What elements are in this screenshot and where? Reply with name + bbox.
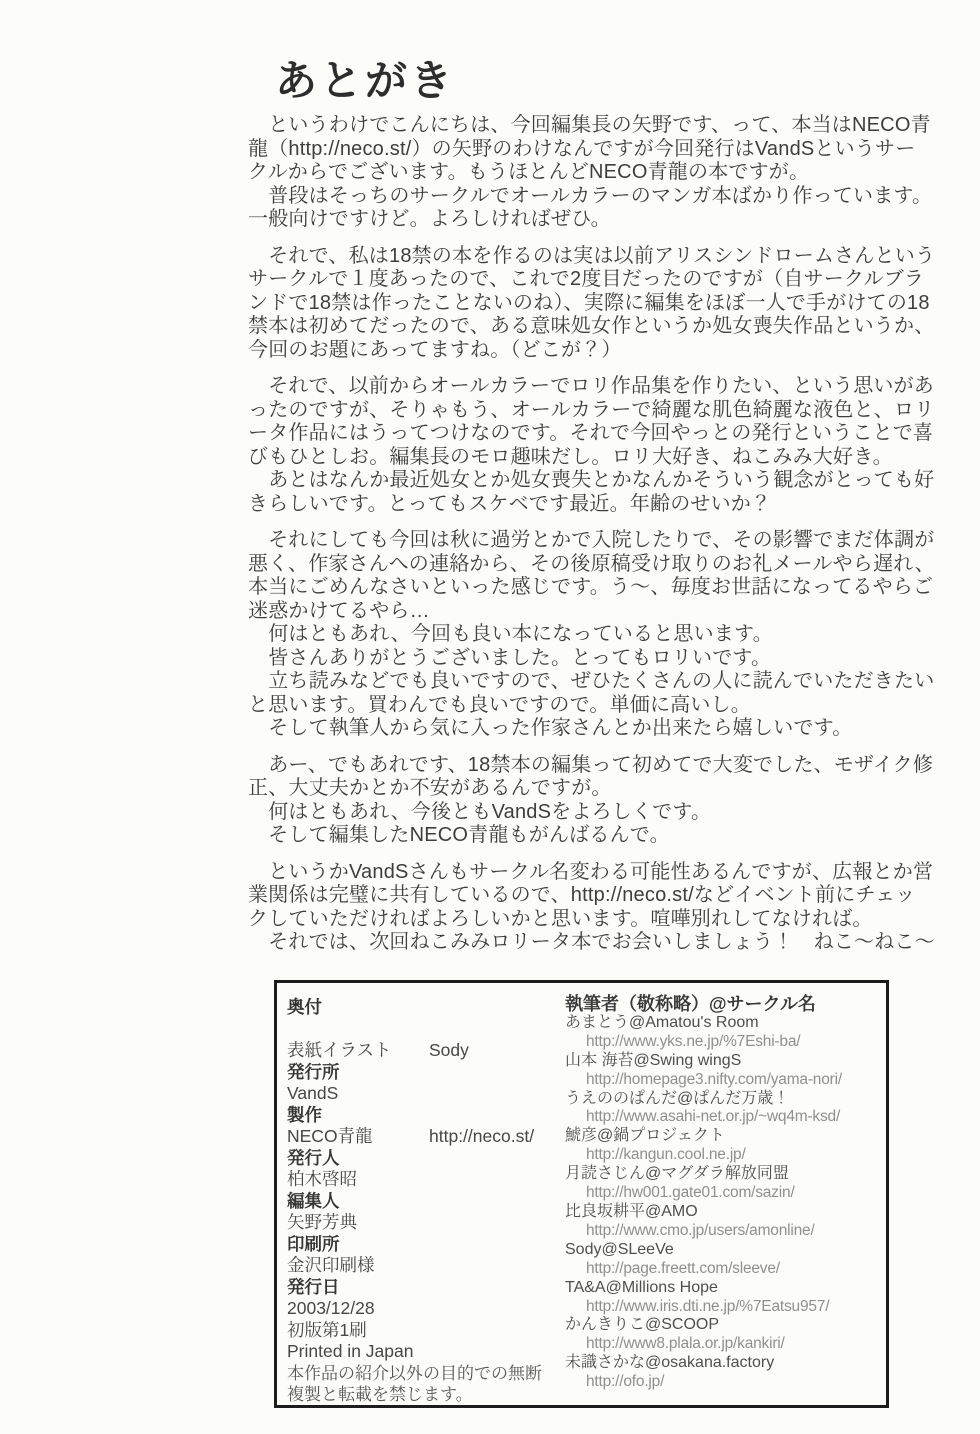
author-url: http://ofo.jp/	[565, 1373, 886, 1392]
afterword-paragraph-3: それで、以前からオールカラーでロリ作品集を作りたい、という思いがあ ったのですが…	[248, 375, 942, 516]
author-url: http://www.asahi-net.or.jp/~wq4m-ksd/	[565, 1108, 886, 1127]
editor-label: 編集人	[287, 1191, 559, 1213]
publication-date-value: 2003/12/28	[287, 1298, 559, 1320]
afterword-paragraph-4: それにしても今回は秋に過労とかで入院したりで、その影響でまだ体調が 悪く、作家さ…	[248, 529, 942, 741]
author-entry: うえののぱんだ@ぱんだ万歳！ http://www.asahi-net.or.j…	[565, 1090, 886, 1128]
scanned-afterword-page: あとがき というわけでこんにちは、今回編集長の矢野です、って、本当はNECO青 …	[0, 0, 980, 1434]
author-url: http://www8.plala.or.jp/kankiri/	[565, 1335, 886, 1354]
publication-date-label: 発行日	[287, 1277, 559, 1299]
copyright-notice: 本作品の紹介以外の目的での無断 複製と転載を禁じます。	[287, 1363, 559, 1406]
production-label: 製作	[287, 1105, 559, 1127]
author-name: TA&A@Millions Hope	[565, 1279, 886, 1298]
production-url: http://neco.st/	[429, 1126, 534, 1148]
cover-illustrator-label: 表紙イラスト	[287, 1040, 429, 1062]
author-entry: かんきりこ@SCOOP http://www8.plala.or.jp/kank…	[565, 1316, 886, 1354]
printed-in-note: Printed in Japan	[287, 1341, 559, 1363]
author-entry: 月読さじん@マグダラ解放同盟 http://hw001.gate01.com/s…	[565, 1165, 886, 1203]
author-url: http://homepage3.nifty.com/yama-nori/	[565, 1071, 886, 1090]
author-name: 月読さじん@マグダラ解放同盟	[565, 1165, 886, 1184]
author-entry: 鯱彦@鍋プロジェクト http://kangun.cool.ne.jp/	[565, 1127, 886, 1165]
author-url: http://kangun.cool.ne.jp/	[565, 1146, 886, 1165]
author-url: http://www.cmo.jp/users/amonline/	[565, 1222, 886, 1241]
issuer-label: 発行人	[287, 1148, 559, 1170]
cover-illustrator-row: 表紙イラスト Sody	[287, 1040, 559, 1062]
issuer-value: 柏木啓昭	[287, 1169, 559, 1191]
author-entry: あまとう@Amatou's Room http://www.yks.ne.jp/…	[565, 1014, 886, 1052]
printer-label: 印刷所	[287, 1234, 559, 1256]
production-value: NECO青龍	[287, 1126, 429, 1148]
edition-note: 初版第1刷	[287, 1320, 559, 1342]
author-url: http://hw001.gate01.com/sazin/	[565, 1184, 886, 1203]
afterword-paragraph-5: あー、でもあれです、18禁本の編集って初めてで大変でした、モザイク修 正、大丈夫…	[248, 754, 942, 848]
author-url: http://www.iris.dti.ne.jp/%7Eatsu957/	[565, 1298, 886, 1317]
colophon-heading: 奥付	[287, 997, 559, 1019]
colophon-left-column: 奥付 表紙イラスト Sody 発行所 VandS 製作 NECO青龍 http:…	[277, 983, 559, 1405]
author-entry: TA&A@Millions Hope http://www.iris.dti.n…	[565, 1279, 886, 1317]
author-name: Sody@SLeeVe	[565, 1241, 886, 1260]
authors-heading: 執筆者（敬称略）@サークル名	[565, 995, 886, 1014]
publisher-value: VandS	[287, 1083, 559, 1105]
author-name: 未識さかな@osakana.factory	[565, 1354, 886, 1373]
author-name: かんきりこ@SCOOP	[565, 1316, 886, 1335]
author-name: 比良坂耕平@AMO	[565, 1203, 886, 1222]
author-name: 鯱彦@鍋プロジェクト	[565, 1127, 886, 1146]
author-entry: 比良坂耕平@AMO http://www.cmo.jp/users/amonli…	[565, 1203, 886, 1241]
afterword-paragraph-2: それで、私は18禁の本を作るのは実は以前アリスシンドロームさんという サークルで…	[248, 245, 942, 363]
author-name: 山本 海苔@Swing wingS	[565, 1052, 886, 1071]
author-url: http://page.freett.com/sleeve/	[565, 1260, 886, 1279]
page-title: あとがき	[275, 56, 942, 106]
author-entry: 山本 海苔@Swing wingS http://homepage3.nifty…	[565, 1052, 886, 1090]
publisher-label: 発行所	[287, 1062, 559, 1084]
colophon-box: 奥付 表紙イラスト Sody 発行所 VandS 製作 NECO青龍 http:…	[274, 980, 889, 1408]
author-name: うえののぱんだ@ぱんだ万歳！	[565, 1090, 886, 1109]
author-entry: 未識さかな@osakana.factory http://ofo.jp/	[565, 1354, 886, 1392]
author-url: http://www.yks.ne.jp/%7Eshi-ba/	[565, 1033, 886, 1052]
afterword-paragraph-1: というわけでこんにちは、今回編集長の矢野です、って、本当はNECO青 龍（htt…	[248, 114, 942, 232]
printer-value: 金沢印刷様	[287, 1255, 559, 1277]
production-row: NECO青龍 http://neco.st/	[287, 1126, 559, 1148]
afterword-paragraph-6: というかVandSさんもサークル名変わる可能性あるんですが、広報とか営 業関係は…	[248, 861, 942, 955]
author-entry: Sody@SLeeVe http://page.freett.com/sleev…	[565, 1241, 886, 1279]
colophon-right-column: 執筆者（敬称略）@サークル名 あまとう@Amatou's Room http:/…	[559, 983, 886, 1405]
editor-value: 矢野芳典	[287, 1212, 559, 1234]
afterword-text-column: あとがき というわけでこんにちは、今回編集長の矢野です、って、本当はNECO青 …	[248, 56, 942, 968]
cover-illustrator-value: Sody	[429, 1040, 469, 1062]
author-name: あまとう@Amatou's Room	[565, 1014, 886, 1033]
